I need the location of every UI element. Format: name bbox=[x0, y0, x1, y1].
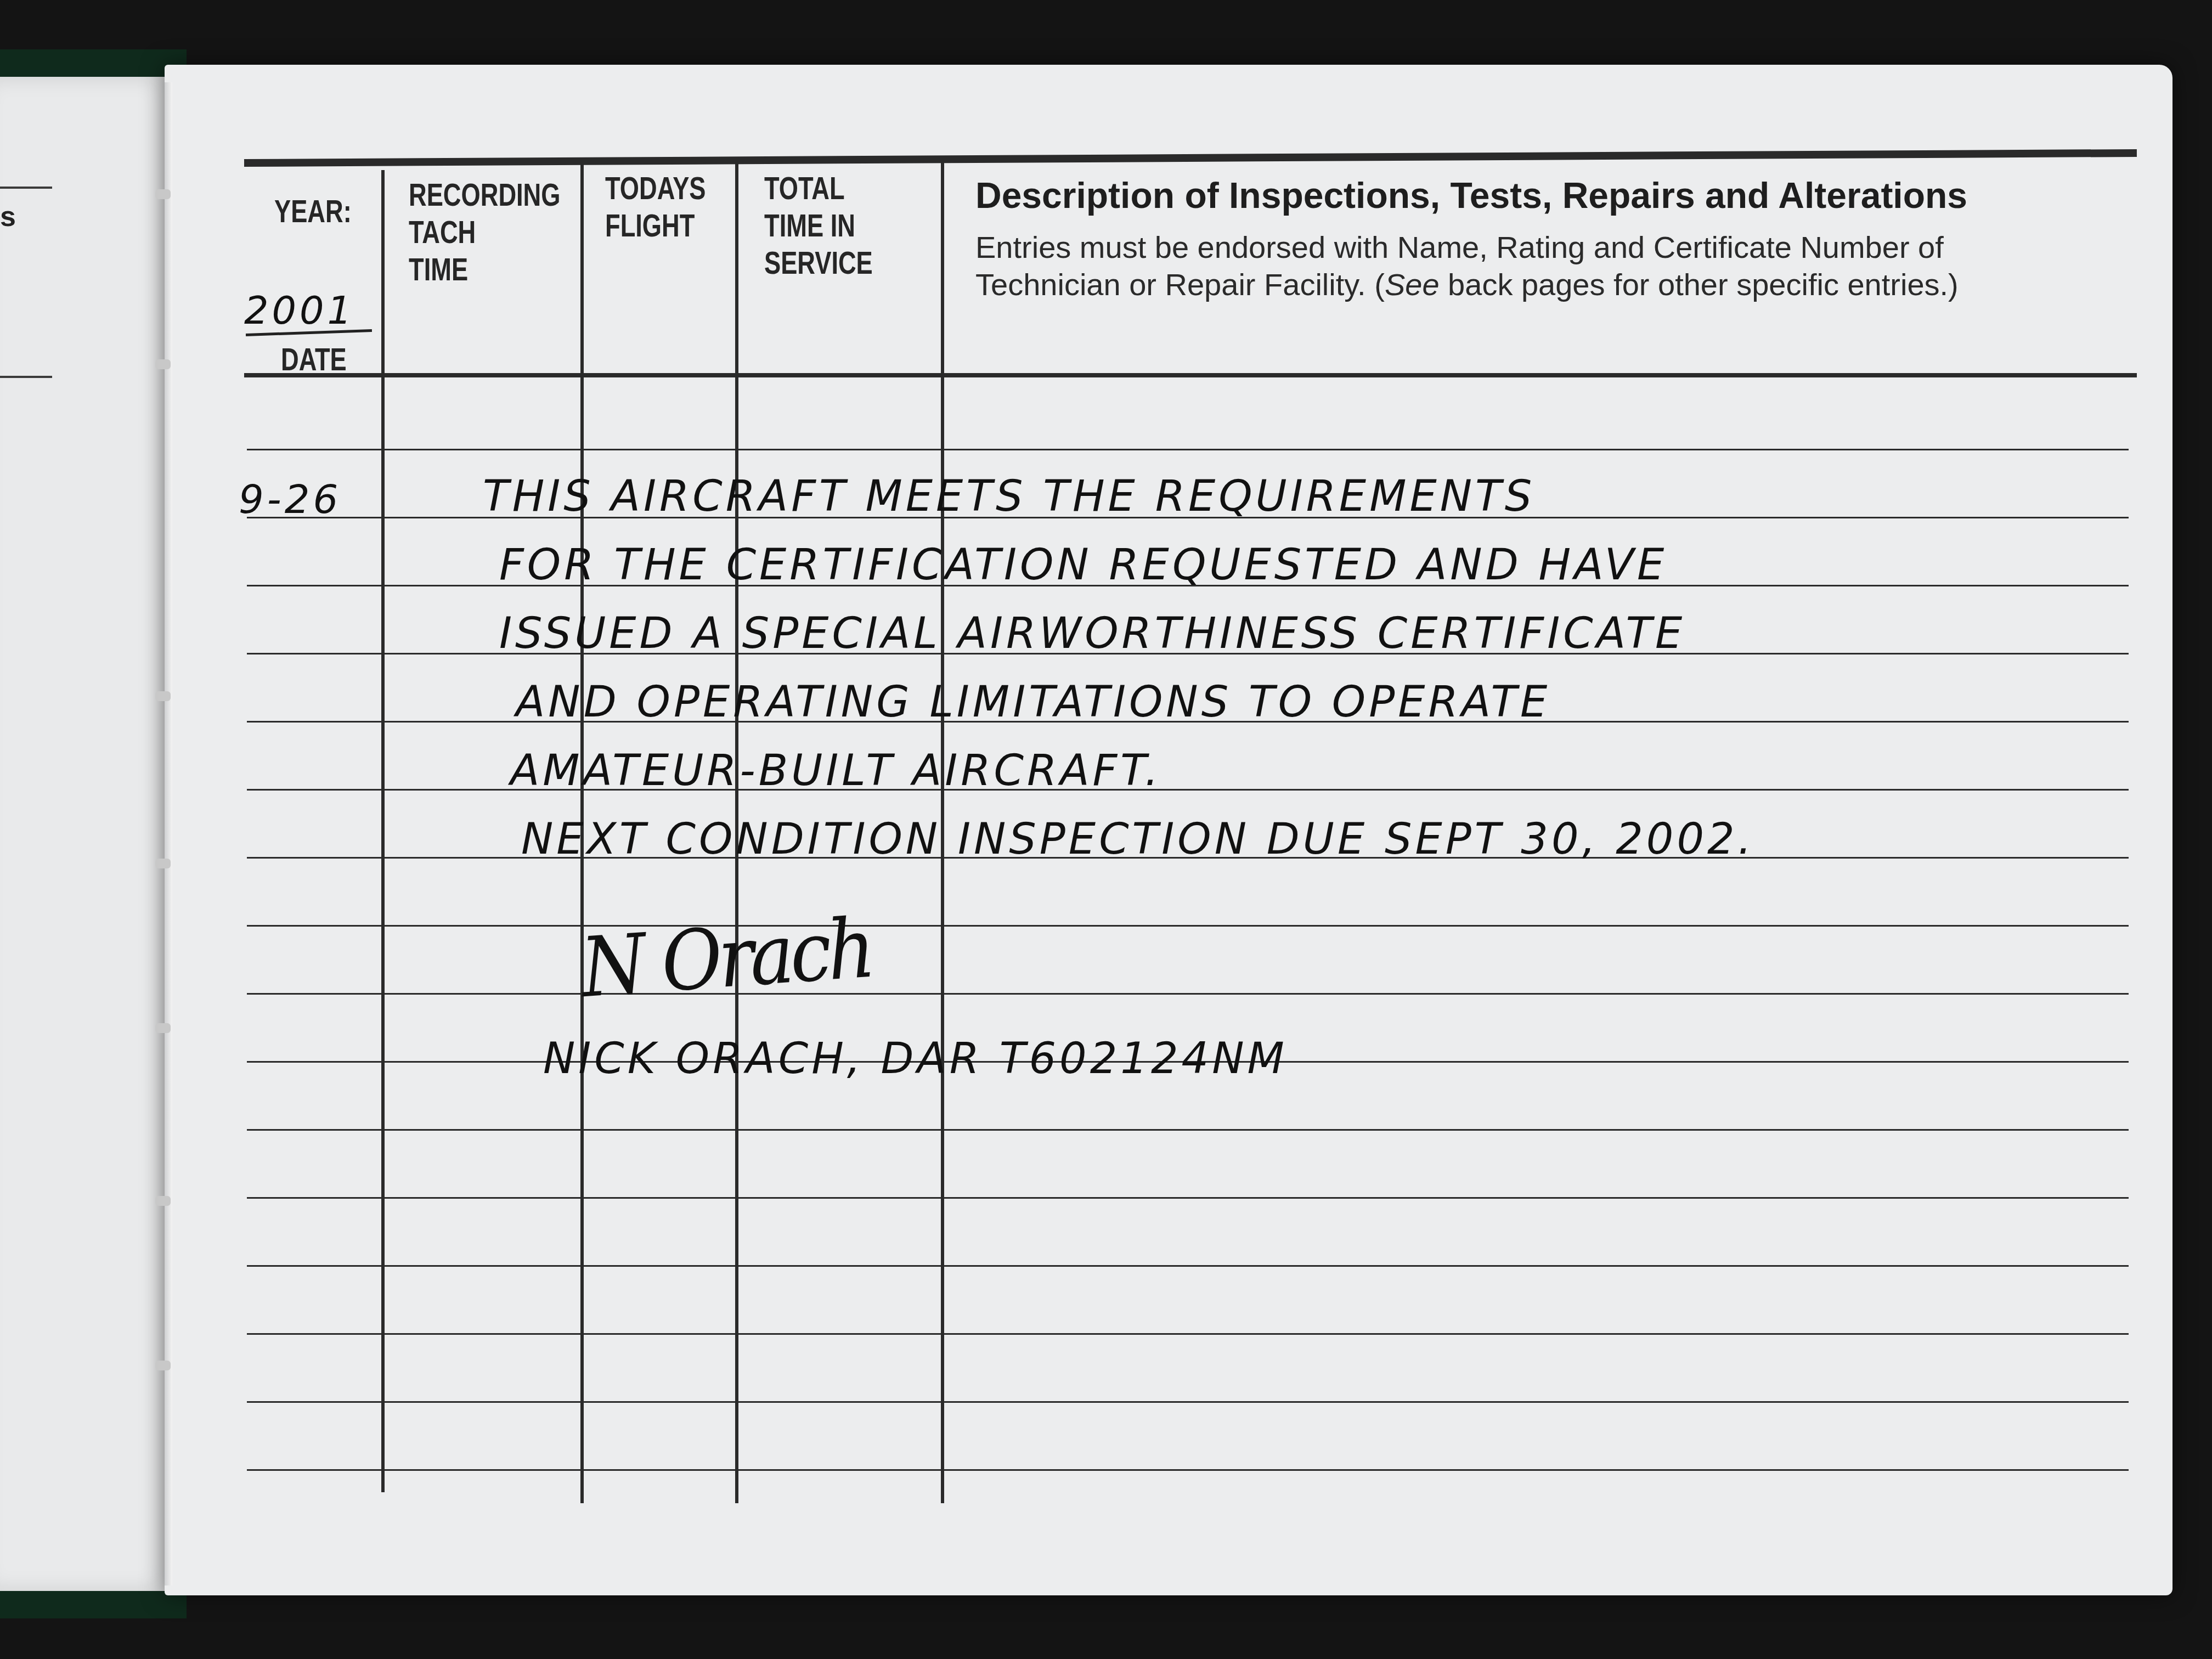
description-instructions-line1: Entries must be endorsed with Name, Rati… bbox=[975, 229, 1944, 265]
entry-date: 9-26 bbox=[239, 476, 341, 522]
header-line: SERVICE bbox=[764, 245, 873, 282]
ruled-line bbox=[247, 1469, 2129, 1471]
instruction-text: back pages for other specific entries.) bbox=[1440, 267, 1959, 302]
entry-line: ISSUED A SPECIAL AIRWORTHINESS CERTIFICA… bbox=[499, 609, 1685, 658]
ruled-line bbox=[247, 449, 2129, 450]
entry-line: NEXT CONDITION INSPECTION DUE SEPT 30, 2… bbox=[521, 815, 1754, 864]
binding-stitch bbox=[155, 1361, 171, 1370]
entry-line: FOR THE CERTIFICATION REQUESTED AND HAVE bbox=[499, 540, 1667, 590]
ruled-line bbox=[247, 1333, 2129, 1335]
entry-line: AMATEUR-BUILT AIRCRAFT. bbox=[510, 746, 1162, 795]
instruction-italic: See bbox=[1385, 267, 1440, 302]
ruled-line bbox=[247, 1197, 2129, 1199]
left-page: s bbox=[0, 77, 181, 1591]
column-header-recording-tach-time: RECORDING TACH TIME bbox=[409, 177, 560, 289]
header-bottom-rule bbox=[244, 373, 2137, 377]
binding-stitch bbox=[155, 859, 171, 868]
column-divider-date bbox=[381, 170, 385, 1492]
ruled-line bbox=[247, 925, 2129, 927]
binding-stitch bbox=[155, 189, 171, 199]
year-label: YEAR: bbox=[274, 193, 352, 230]
left-page-rule bbox=[0, 376, 52, 378]
column-header-todays-flight: TODAYS FLIGHT bbox=[605, 170, 706, 245]
date-label: DATE bbox=[281, 341, 347, 379]
binding-stitch bbox=[155, 691, 171, 701]
ruled-line bbox=[247, 1129, 2129, 1131]
header-line: TIME bbox=[409, 251, 560, 289]
entry-line: AND OPERATING LIMITATIONS TO OPERATE bbox=[516, 678, 1550, 727]
ruled-line bbox=[247, 1401, 2129, 1403]
binding-stitch bbox=[155, 1196, 171, 1206]
inspector-name-and-certificate: NICK ORACH, DAR T602124NM bbox=[543, 1034, 1288, 1084]
header-line: TACH bbox=[409, 214, 560, 251]
binding-stitch bbox=[155, 1023, 171, 1033]
header-line: FLIGHT bbox=[605, 207, 706, 245]
year-value: 2001 bbox=[244, 288, 355, 333]
header-line: RECORDING bbox=[409, 177, 560, 214]
header-line: TODAYS bbox=[605, 170, 706, 207]
column-header-total-time-in-service: TOTAL TIME IN SERVICE bbox=[764, 170, 873, 282]
entry-line: THIS AIRCRAFT MEETS THE REQUIREMENTS bbox=[483, 472, 1535, 521]
ruled-line bbox=[247, 993, 2129, 995]
page-spine bbox=[165, 82, 172, 1585]
description-column-title: Description of Inspections, Tests, Repai… bbox=[975, 174, 1967, 216]
ruled-line bbox=[247, 1265, 2129, 1267]
instruction-text: Technician or Repair Facility. ( bbox=[975, 267, 1385, 302]
inspector-signature: N Orach bbox=[578, 901, 874, 1016]
left-page-text-fragment: s bbox=[0, 200, 16, 233]
left-page-rule bbox=[0, 187, 52, 189]
binding-stitch bbox=[155, 359, 171, 369]
header-line: TIME IN bbox=[764, 207, 873, 245]
description-instructions-line2: Technician or Repair Facility. (See back… bbox=[975, 267, 1959, 302]
header-line: TOTAL bbox=[764, 170, 873, 207]
